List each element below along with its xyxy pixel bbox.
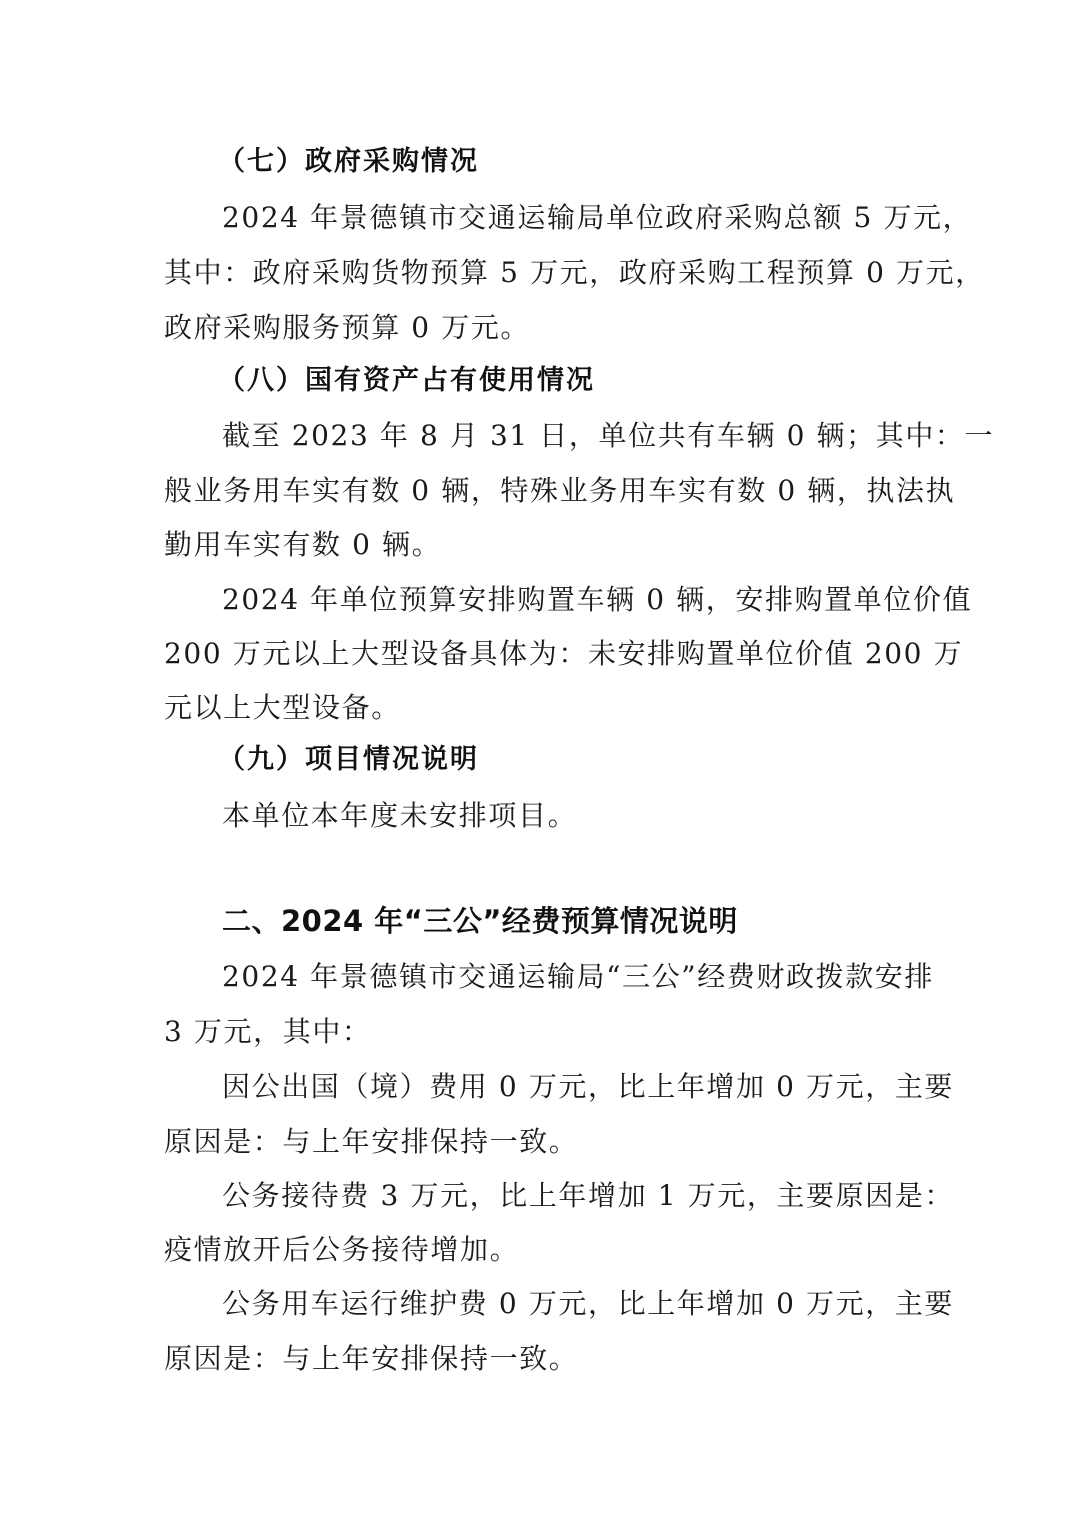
assets-line-6: 元以上大型设备。 <box>164 688 401 728</box>
reception-line-1: 公务接待费 3 万元，比上年增加 1 万元，主要原因是： <box>222 1176 912 1216</box>
overseas-line-2: 原因是：与上年安排保持一致。 <box>164 1122 578 1162</box>
vehicle-line-1: 公务用车运行维护费 0 万元，比上年增加 0 万元，主要 <box>222 1284 912 1324</box>
assets-line-3: 勤用车实有数 0 辆。 <box>164 525 441 565</box>
reception-line-2: 疫情放开后公务接待增加。 <box>164 1230 519 1270</box>
expenses-line-1: 2024 年景德镇市交通运输局“三公”经费财政拨款安排 <box>222 957 912 997</box>
heading-three-public-expenses: 二、2024 年“三公”经费预算情况说明 <box>222 901 738 941</box>
heading-government-procurement: （七）政府采购情况 <box>218 142 479 182</box>
project-line-1: 本单位本年度未安排项目。 <box>222 796 577 836</box>
heading-state-assets: （八）国有资产占有使用情况 <box>218 361 595 401</box>
assets-line-2: 般业务用车实有数 0 辆，特殊业务用车实有数 0 辆，执法执 <box>164 471 912 511</box>
expenses-line-2: 3 万元，其中： <box>164 1012 372 1052</box>
procurement-line-2: 其中：政府采购货物预算 5 万元，政府采购工程预算 0 万元， <box>164 253 912 293</box>
heading-project-description: （九）项目情况说明 <box>218 740 479 780</box>
assets-line-4: 2024 年单位预算安排购置车辆 0 辆，安排购置单位价值 <box>222 580 912 620</box>
document-page: （七）政府采购情况 2024 年景德镇市交通运输局单位政府采购总额 5 万元， … <box>0 0 1074 1520</box>
vehicle-line-2: 原因是：与上年安排保持一致。 <box>164 1339 578 1379</box>
assets-line-5: 200 万元以上大型设备具体为：未安排购置单位价值 200 万 <box>164 634 912 674</box>
assets-line-1: 截至 2023 年 8 月 31 日，单位共有车辆 0 辆；其中：一 <box>222 416 912 456</box>
overseas-line-1: 因公出国（境）费用 0 万元，比上年增加 0 万元，主要 <box>222 1067 912 1107</box>
procurement-line-1: 2024 年景德镇市交通运输局单位政府采购总额 5 万元， <box>222 198 912 238</box>
procurement-line-3: 政府采购服务预算 0 万元。 <box>164 308 530 348</box>
